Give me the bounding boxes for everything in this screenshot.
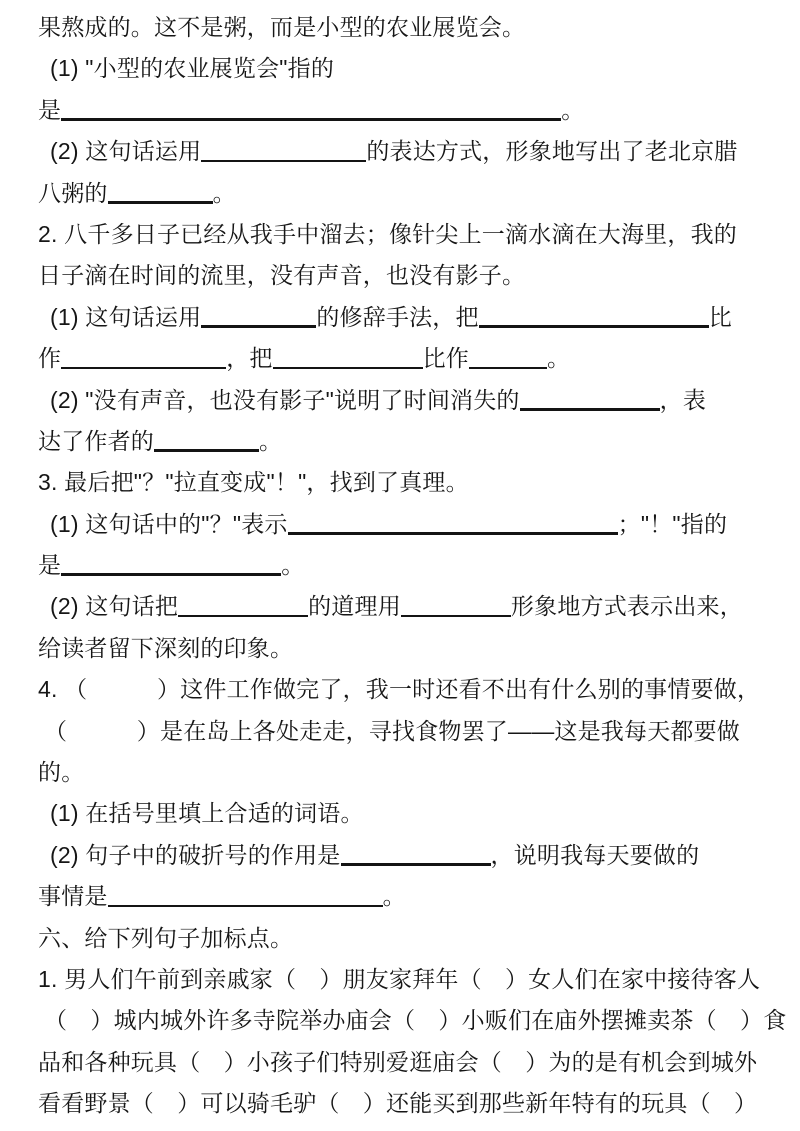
- answer-blank: [520, 408, 660, 411]
- text-segment: 六、给下列句子加标点。: [38, 925, 293, 951]
- answer-blank: [341, 863, 491, 866]
- text-segment: 是: [38, 552, 61, 578]
- answer-blank: [108, 905, 383, 908]
- text-segment: 事情是: [38, 883, 108, 909]
- question-line: 看看野景（ ）可以骑毛驴（ ）还能买到那些新年特有的玩具（ ）: [38, 1083, 790, 1124]
- text-segment: (1) 在括号里填上合适的词语。: [50, 800, 364, 826]
- question-line: 的。: [38, 752, 790, 793]
- text-segment: ；"！"指的: [618, 511, 728, 537]
- text-segment: 4. （ ）这件工作做完了，我一时还看不出有什么别的事情要做，: [38, 676, 760, 702]
- text-segment: 是: [38, 97, 61, 123]
- text-segment: (1) 这句话中的"？"表示: [50, 511, 288, 537]
- text-segment: 2. 八千多日子已经从我手中溜去；像针尖上一滴水滴在大海里，我的: [38, 221, 737, 247]
- question-line: (2) 这句话把的道理用形象地方式表示出来，: [38, 586, 790, 627]
- text-segment: 3. 最后把"？"拉直变成"！"，找到了真理。: [38, 469, 469, 495]
- answer-blank: [154, 449, 259, 452]
- answer-blank: [61, 367, 226, 370]
- question-line: 是。: [38, 545, 790, 586]
- text-segment: ，表: [660, 387, 706, 413]
- question-line: （ ）是在岛上各处走走，寻找食物罢了——这是我每天都要做: [38, 711, 790, 752]
- question-line: (1) 在括号里填上合适的词语。: [38, 793, 790, 834]
- text-segment: 比: [709, 304, 732, 330]
- question-line: (2) "没有声音，也没有影子"说明了时间消失的，表: [38, 380, 790, 421]
- text-segment: 品和各种玩具（ ）小孩子们特别爱逛庙会（ ）为的是有机会到城外: [38, 1049, 757, 1075]
- text-segment: 给读者留下深刻的印象。: [38, 635, 293, 661]
- answer-blank: [61, 118, 561, 121]
- question-line: 事情是。: [38, 876, 790, 917]
- answer-blank: [201, 325, 316, 328]
- question-line: (1) 这句话中的"？"表示；"！"指的: [38, 504, 790, 545]
- answer-blank: [178, 615, 308, 618]
- text-segment: 。: [561, 97, 584, 123]
- text-segment: 。: [213, 180, 236, 206]
- text-segment: 。: [383, 883, 406, 909]
- text-segment: 。: [281, 552, 304, 578]
- question-line: (1) 这句话运用的修辞手法，把比: [38, 297, 790, 338]
- worksheet-page: 果熬成的。这不是粥，而是小型的农业展览会。(1) "小型的农业展览会"指的是。(…: [0, 0, 800, 1131]
- question-line: (2) 这句话运用的表达方式，形象地写出了老北京腊: [38, 131, 790, 172]
- answer-blank: [479, 325, 709, 328]
- question-line: 日子滴在时间的流里，没有声音，也没有影子。: [38, 255, 790, 296]
- text-segment: 达了作者的: [38, 428, 154, 454]
- text-segment: 1. 男人们午前到亲戚家（ ）朋友家拜年（ ）女人们在家中接待客人: [38, 966, 760, 992]
- answer-blank: [61, 573, 281, 576]
- text-segment: (1) "小型的农业展览会"指的: [50, 55, 334, 81]
- question-line: （ ）城内城外许多寺院举办庙会（ ）小贩们在庙外摆摊卖茶（ ）食: [38, 1000, 790, 1041]
- question-line: 作，把比作。: [38, 338, 790, 379]
- question-line: (2) 句子中的破折号的作用是，说明我每天要做的: [38, 835, 790, 876]
- answer-blank: [273, 367, 423, 370]
- text-segment: 比作: [423, 345, 469, 371]
- question-line: 品和各种玩具（ ）小孩子们特别爱逛庙会（ ）为的是有机会到城外: [38, 1042, 790, 1083]
- text-segment: 。: [259, 428, 282, 454]
- text-segment: （ ）是在岛上各处走走，寻找食物罢了——这是我每天都要做: [44, 718, 740, 744]
- answer-blank: [108, 201, 213, 204]
- text-segment: 的。: [38, 759, 84, 785]
- text-segment: 的修辞手法，把: [316, 304, 478, 330]
- question-line: (1) "小型的农业展览会"指的: [38, 48, 790, 89]
- text-segment: 果熬成的。这不是粥，而是小型的农业展览会。: [38, 14, 525, 40]
- answer-blank: [201, 160, 366, 163]
- question-line: 八粥的。: [38, 173, 790, 214]
- question-line: 果熬成的。这不是粥，而是小型的农业展览会。: [38, 7, 790, 48]
- text-segment: (2) 句子中的破折号的作用是: [50, 842, 341, 868]
- text-segment: (2) 这句话把: [50, 593, 178, 619]
- question-line: 给读者留下深刻的印象。: [38, 628, 790, 669]
- text-segment: (2) 这句话运用: [50, 138, 201, 164]
- answer-blank: [469, 367, 547, 370]
- text-segment: (1) 这句话运用: [50, 304, 201, 330]
- text-segment: （ ）城内城外许多寺院举办庙会（ ）小贩们在庙外摆摊卖茶（ ）食: [44, 1007, 786, 1033]
- question-line: 达了作者的。: [38, 421, 790, 462]
- text-segment: 。: [547, 345, 570, 371]
- text-segment: ，把: [226, 345, 272, 371]
- answer-blank: [288, 532, 618, 535]
- text-segment: 形象地方式表示出来，: [511, 593, 743, 619]
- question-line: 六、给下列句子加标点。: [38, 918, 790, 959]
- question-line: 3. 最后把"？"拉直变成"！"，找到了真理。: [38, 462, 790, 503]
- text-segment: 看看野景（ ）可以骑毛驴（ ）还能买到那些新年特有的玩具（ ）: [38, 1090, 757, 1116]
- text-segment: 日子滴在时间的流里，没有声音，也没有影子。: [38, 262, 525, 288]
- answer-blank: [401, 615, 511, 618]
- text-segment: 的道理用: [308, 593, 401, 619]
- question-line: 4. （ ）这件工作做完了，我一时还看不出有什么别的事情要做，: [38, 669, 790, 710]
- text-segment: 八粥的: [38, 180, 108, 206]
- text-segment: 作: [38, 345, 61, 371]
- text-segment: ，说明我每天要做的: [491, 842, 700, 868]
- text-segment: 的表达方式，形象地写出了老北京腊: [366, 138, 737, 164]
- question-line: 2. 八千多日子已经从我手中溜去；像针尖上一滴水滴在大海里，我的: [38, 214, 790, 255]
- text-segment: (2) "没有声音，也没有影子"说明了时间消失的: [50, 387, 520, 413]
- question-line: 1. 男人们午前到亲戚家（ ）朋友家拜年（ ）女人们在家中接待客人: [38, 959, 790, 1000]
- question-line: 是。: [38, 90, 790, 131]
